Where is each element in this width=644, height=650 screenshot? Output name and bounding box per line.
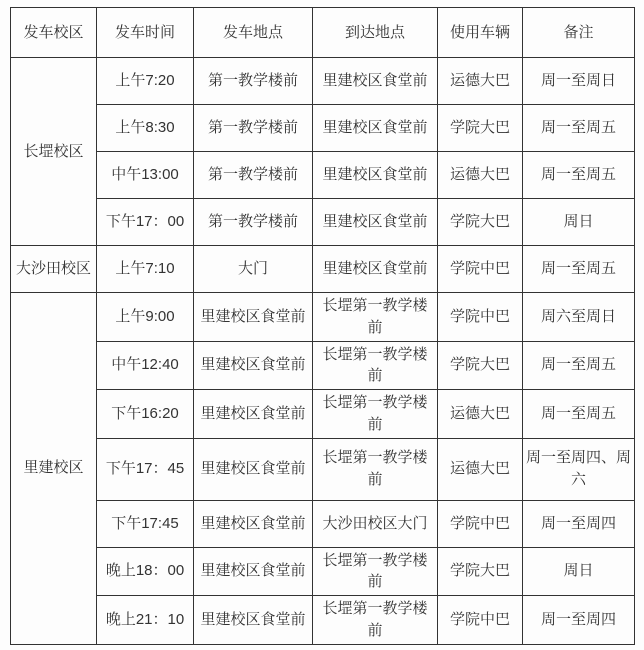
header-arrival-place: 到达地点 bbox=[313, 8, 438, 58]
table-row: 上午8:30 第一教学楼前 里建校区食堂前 学院大巴 周一至周五 bbox=[11, 105, 635, 152]
departure-cell: 第一教学楼前 bbox=[194, 199, 313, 246]
time-cell: 下午17:45 bbox=[97, 500, 194, 547]
remark-cell: 周一至周五 bbox=[523, 390, 635, 439]
vehicle-cell: 学院中巴 bbox=[438, 596, 523, 645]
table-row: 长堽校区 上午7:20 第一教学楼前 里建校区食堂前 运德大巴 周一至周日 bbox=[11, 58, 635, 105]
departure-cell: 里建校区食堂前 bbox=[194, 547, 313, 596]
table-row: 大沙田校区 上午7:10 大门 里建校区食堂前 学院中巴 周一至周五 bbox=[11, 246, 635, 293]
vehicle-cell: 学院中巴 bbox=[438, 246, 523, 293]
time-cell: 中午12:40 bbox=[97, 341, 194, 390]
vehicle-cell: 学院大巴 bbox=[438, 341, 523, 390]
departure-cell: 里建校区食堂前 bbox=[194, 596, 313, 645]
table-row: 下午17：00 第一教学楼前 里建校区食堂前 学院大巴 周日 bbox=[11, 199, 635, 246]
vehicle-cell: 学院大巴 bbox=[438, 105, 523, 152]
table-row: 晚上21：10 里建校区食堂前 长堽第一教学楼前 学院中巴 周一至周四 bbox=[11, 596, 635, 645]
arrival-cell: 长堽第一教学楼前 bbox=[313, 390, 438, 439]
departure-cell: 里建校区食堂前 bbox=[194, 438, 313, 500]
vehicle-cell: 运德大巴 bbox=[438, 390, 523, 439]
remark-cell: 周一至周五 bbox=[523, 152, 635, 199]
time-cell: 晚上21：10 bbox=[97, 596, 194, 645]
time-cell: 上午7:20 bbox=[97, 58, 194, 105]
header-vehicle: 使用车辆 bbox=[438, 8, 523, 58]
table-row: 里建校区 上午9:00 里建校区食堂前 长堽第一教学楼前 学院中巴 周六至周日 bbox=[11, 293, 635, 342]
vehicle-cell: 学院大巴 bbox=[438, 547, 523, 596]
departure-cell: 第一教学楼前 bbox=[194, 152, 313, 199]
page: 发车校区 发车时间 发车地点 到达地点 使用车辆 备注 长堽校区 上午7:20 … bbox=[0, 0, 644, 650]
remark-cell: 周一至周四、周六 bbox=[523, 438, 635, 500]
remark-cell: 周一至周五 bbox=[523, 246, 635, 293]
arrival-cell: 长堽第一教学楼前 bbox=[313, 341, 438, 390]
vehicle-cell: 学院中巴 bbox=[438, 293, 523, 342]
vehicle-cell: 学院大巴 bbox=[438, 199, 523, 246]
arrival-cell: 长堽第一教学楼前 bbox=[313, 438, 438, 500]
departure-cell: 大门 bbox=[194, 246, 313, 293]
vehicle-cell: 运德大巴 bbox=[438, 152, 523, 199]
header-remark: 备注 bbox=[523, 8, 635, 58]
campus-cell: 大沙田校区 bbox=[11, 246, 97, 293]
table-row: 中午12:40 里建校区食堂前 长堽第一教学楼前 学院大巴 周一至周五 bbox=[11, 341, 635, 390]
time-cell: 上午8:30 bbox=[97, 105, 194, 152]
departure-cell: 里建校区食堂前 bbox=[194, 293, 313, 342]
time-cell: 下午17：45 bbox=[97, 438, 194, 500]
arrival-cell: 里建校区食堂前 bbox=[313, 58, 438, 105]
remark-cell: 周六至周日 bbox=[523, 293, 635, 342]
time-cell: 上午9:00 bbox=[97, 293, 194, 342]
arrival-cell: 长堽第一教学楼前 bbox=[313, 596, 438, 645]
arrival-cell: 大沙田校区大门 bbox=[313, 500, 438, 547]
remark-cell: 周一至周日 bbox=[523, 58, 635, 105]
departure-cell: 第一教学楼前 bbox=[194, 58, 313, 105]
vehicle-cell: 运德大巴 bbox=[438, 58, 523, 105]
time-cell: 上午7:10 bbox=[97, 246, 194, 293]
table-row: 下午17:45 里建校区食堂前 大沙田校区大门 学院中巴 周一至周四 bbox=[11, 500, 635, 547]
campus-cell: 里建校区 bbox=[11, 293, 97, 645]
arrival-cell: 里建校区食堂前 bbox=[313, 105, 438, 152]
table-row: 下午16:20 里建校区食堂前 长堽第一教学楼前 运德大巴 周一至周五 bbox=[11, 390, 635, 439]
departure-cell: 里建校区食堂前 bbox=[194, 341, 313, 390]
table-row: 下午17：45 里建校区食堂前 长堽第一教学楼前 运德大巴 周一至周四、周六 bbox=[11, 438, 635, 500]
header-departure-time: 发车时间 bbox=[97, 8, 194, 58]
arrival-cell: 长堽第一教学楼前 bbox=[313, 293, 438, 342]
bus-schedule-table: 发车校区 发车时间 发车地点 到达地点 使用车辆 备注 长堽校区 上午7:20 … bbox=[10, 7, 635, 645]
remark-cell: 周一至周五 bbox=[523, 105, 635, 152]
vehicle-cell: 运德大巴 bbox=[438, 438, 523, 500]
remark-cell: 周一至周四 bbox=[523, 500, 635, 547]
vehicle-cell: 学院中巴 bbox=[438, 500, 523, 547]
header-departure-place: 发车地点 bbox=[194, 8, 313, 58]
time-cell: 下午16:20 bbox=[97, 390, 194, 439]
header-departure-campus: 发车校区 bbox=[11, 8, 97, 58]
time-cell: 下午17：00 bbox=[97, 199, 194, 246]
arrival-cell: 里建校区食堂前 bbox=[313, 152, 438, 199]
departure-cell: 第一教学楼前 bbox=[194, 105, 313, 152]
time-cell: 晚上18：00 bbox=[97, 547, 194, 596]
remark-cell: 周日 bbox=[523, 199, 635, 246]
table-row: 中午13:00 第一教学楼前 里建校区食堂前 运德大巴 周一至周五 bbox=[11, 152, 635, 199]
arrival-cell: 里建校区食堂前 bbox=[313, 199, 438, 246]
remark-cell: 周一至周四 bbox=[523, 596, 635, 645]
time-cell: 中午13:00 bbox=[97, 152, 194, 199]
departure-cell: 里建校区食堂前 bbox=[194, 390, 313, 439]
departure-cell: 里建校区食堂前 bbox=[194, 500, 313, 547]
header-row: 发车校区 发车时间 发车地点 到达地点 使用车辆 备注 bbox=[11, 8, 635, 58]
remark-cell: 周日 bbox=[523, 547, 635, 596]
remark-cell: 周一至周五 bbox=[523, 341, 635, 390]
table-row: 晚上18：00 里建校区食堂前 长堽第一教学楼前 学院大巴 周日 bbox=[11, 547, 635, 596]
arrival-cell: 里建校区食堂前 bbox=[313, 246, 438, 293]
arrival-cell: 长堽第一教学楼前 bbox=[313, 547, 438, 596]
campus-cell: 长堽校区 bbox=[11, 58, 97, 246]
